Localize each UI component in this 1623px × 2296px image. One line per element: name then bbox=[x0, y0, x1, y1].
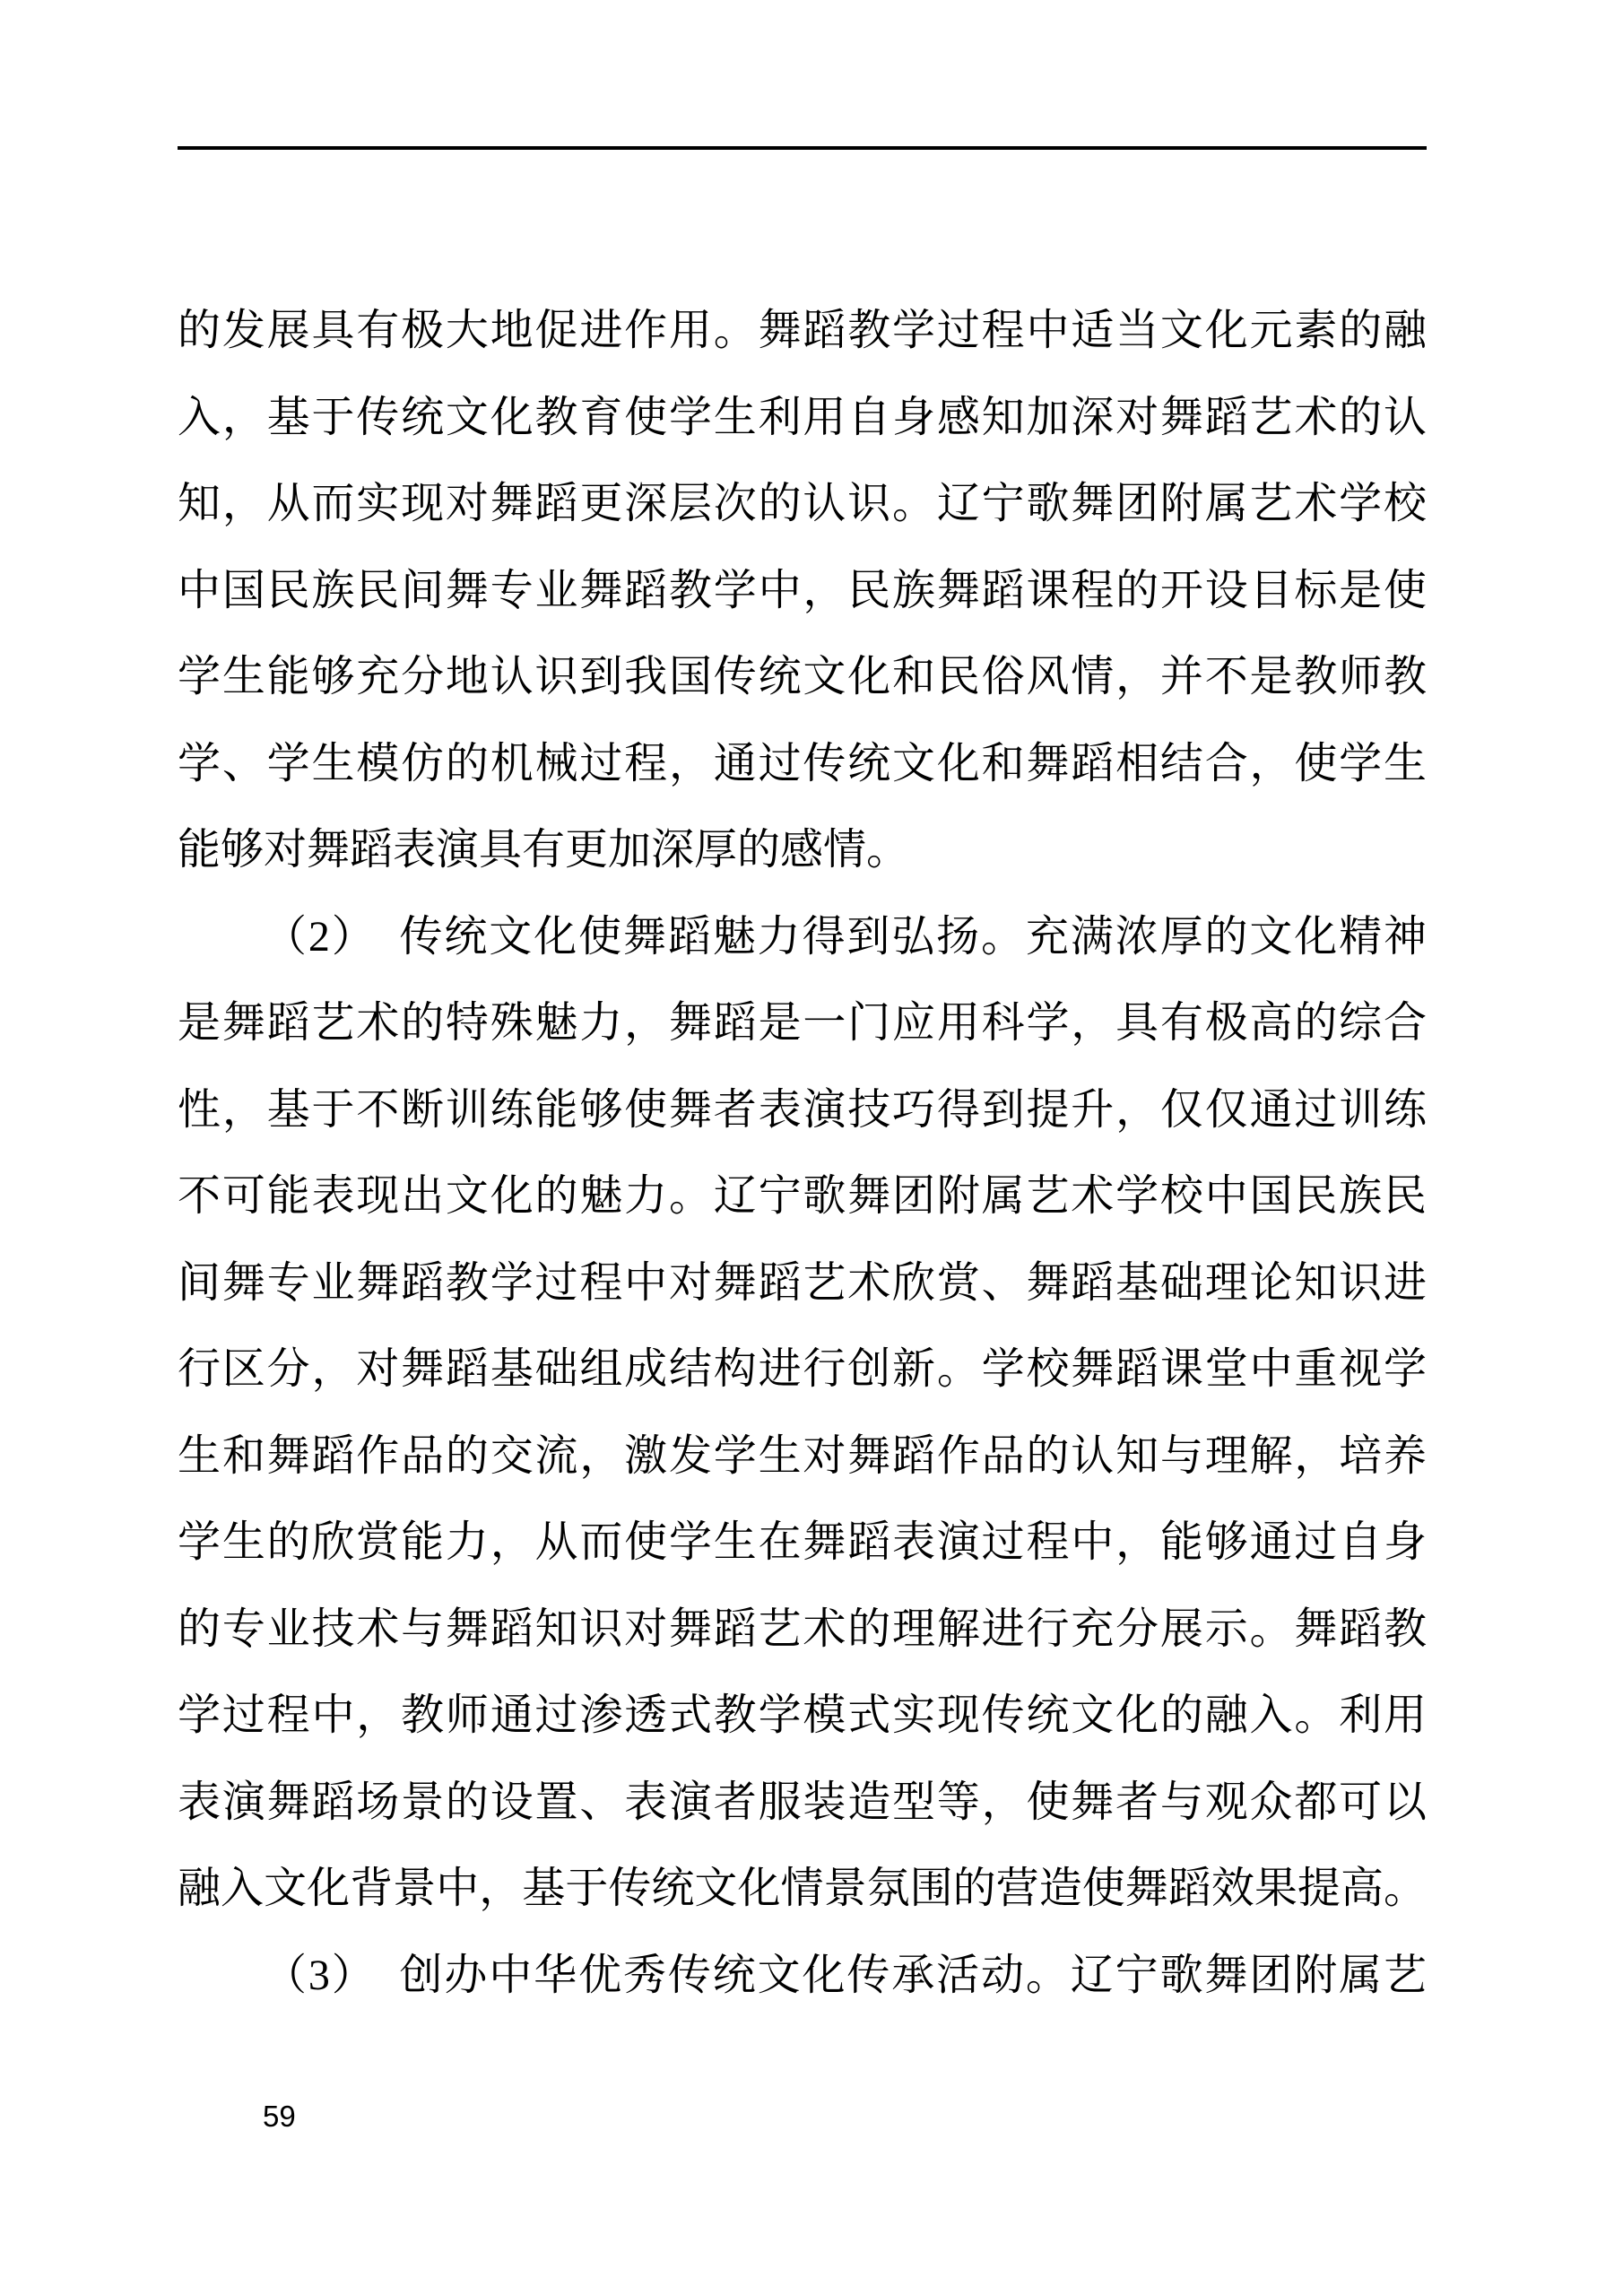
text-line: （2） 传统文化使舞蹈魅力得到弘扬。充满浓厚的文化精神 bbox=[178, 894, 1427, 981]
text-line: 性，基于不断训练能够使舞者表演技巧得到提升，仅仅通过训练 bbox=[178, 1067, 1427, 1154]
text-line: 学生能够充分地认识到我国传统文化和民俗风情，并不是教师教 bbox=[178, 634, 1427, 721]
text-line: （3） 创办中华优秀传统文化传承活动。辽宁歌舞团附属艺 bbox=[178, 1933, 1427, 2020]
text-line: 中国民族民间舞专业舞蹈教学中，民族舞蹈课程的开设目标是使 bbox=[178, 548, 1427, 635]
text-line: 知，从而实现对舞蹈更深层次的认识。辽宁歌舞团附属艺术学校 bbox=[178, 461, 1427, 548]
text-line: 的专业技术与舞蹈知识对舞蹈艺术的理解进行充分展示。舞蹈教 bbox=[178, 1587, 1427, 1674]
text-line: 能够对舞蹈表演具有更加深厚的感情。 bbox=[178, 807, 1427, 894]
text-line: 融入文化背景中，基于传统文化情景氛围的营造使舞蹈效果提高。 bbox=[178, 1846, 1427, 1933]
document-body: 的发展具有极大地促进作用。舞蹈教学过程中适当文化元素的融入，基于传统文化教育使学… bbox=[178, 288, 1427, 2019]
text-line: 表演舞蹈场景的设置、表演者服装造型等，使舞者与观众都可以 bbox=[178, 1760, 1427, 1847]
text-line: 学、学生模仿的机械过程，通过传统文化和舞蹈相结合，使学生 bbox=[178, 721, 1427, 808]
page-number: 59 bbox=[263, 2099, 296, 2135]
document-page: 的发展具有极大地促进作用。舞蹈教学过程中适当文化元素的融入，基于传统文化教育使学… bbox=[0, 0, 1623, 2296]
text-line: 的发展具有极大地促进作用。舞蹈教学过程中适当文化元素的融 bbox=[178, 288, 1427, 375]
text-line: 入，基于传统文化教育使学生利用自身感知加深对舞蹈艺术的认 bbox=[178, 375, 1427, 462]
text-line: 间舞专业舞蹈教学过程中对舞蹈艺术欣赏、舞蹈基础理论知识进 bbox=[178, 1240, 1427, 1327]
text-line: 是舞蹈艺术的特殊魅力，舞蹈是一门应用科学，具有极高的综合 bbox=[178, 980, 1427, 1067]
text-line: 生和舞蹈作品的交流，激发学生对舞蹈作品的认知与理解，培养 bbox=[178, 1413, 1427, 1500]
text-line: 学过程中，教师通过渗透式教学模式实现传统文化的融入。利用 bbox=[178, 1673, 1427, 1760]
text-line: 不可能表现出文化的魅力。辽宁歌舞团附属艺术学校中国民族民 bbox=[178, 1153, 1427, 1240]
text-line: 学生的欣赏能力，从而使学生在舞蹈表演过程中，能够通过自身 bbox=[178, 1500, 1427, 1587]
header-rule bbox=[178, 146, 1427, 150]
text-line: 行区分，对舞蹈基础组成结构进行创新。学校舞蹈课堂中重视学 bbox=[178, 1326, 1427, 1413]
